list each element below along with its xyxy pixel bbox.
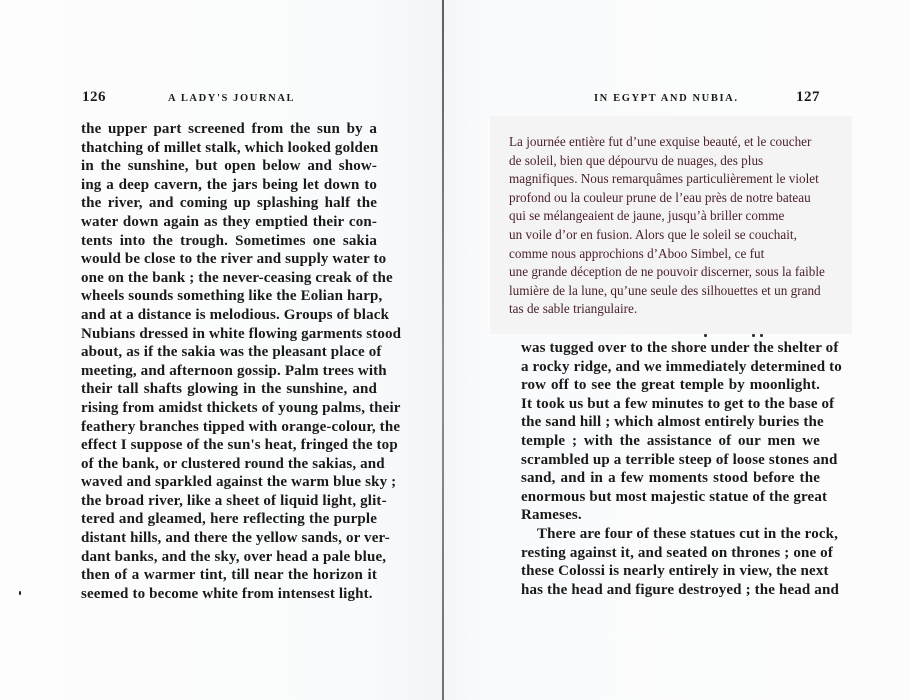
translation-line: un voile d’or en fusion. Alors que le so…	[509, 226, 842, 245]
text-line: distant hills, and there the yellow sand…	[81, 529, 377, 548]
text-line: their tall shafts glowing in the sunshin…	[81, 380, 377, 399]
text-line: water down again as they emptied their c…	[81, 213, 377, 232]
text-line: the river, and coming up splashing half …	[81, 194, 377, 213]
text-line: temple ; with the assistance of our men …	[521, 432, 820, 451]
text-line: tents into the trough. Sometimes one sak…	[81, 232, 377, 251]
text-line: wheels sounds something like the Eolian …	[81, 287, 377, 306]
text-line: feathery branches tipped with orange-col…	[81, 418, 377, 437]
text-line: has the head and figure destroyed ; the …	[521, 581, 820, 600]
text-line: the broad river, like a sheet of liquid …	[81, 492, 377, 511]
left-running-head: A LADY'S JOURNAL	[168, 93, 295, 104]
text-line: seemed to become white from intensest li…	[81, 585, 377, 604]
text-line: scrambled up a terrible steep of loose s…	[521, 451, 820, 470]
text-line: sand, and in a few moments stood before …	[521, 469, 820, 488]
text-line: of the bank, or clustered round the saki…	[81, 455, 377, 474]
right-page-paragraph-1: was tugged over to the shore under the s…	[521, 339, 820, 525]
translation-overlay: La journée entière fut d’une exquise bea…	[490, 116, 852, 334]
translation-text: La journée entière fut d’une exquise bea…	[509, 133, 842, 319]
right-page-paragraph-2: There are four of these statues cut in t…	[521, 525, 820, 599]
translation-line: comme nous approchions d’Aboo Simbel, ce…	[509, 245, 842, 264]
text-line: Rameses.	[521, 506, 820, 525]
translation-line: La journée entière fut d’une exquise bea…	[509, 133, 842, 152]
text-line: thatching of millet stalk, which looked …	[81, 139, 377, 158]
translation-line: de soleil, bien que dépourvu de nuages, …	[509, 152, 842, 171]
text-line: and at a distance is melodious. Groups o…	[81, 306, 377, 325]
text-line: dant banks, and the sky, over head a pal…	[81, 548, 377, 567]
text-line: ing a deep cavern, the jars being let do…	[81, 176, 377, 195]
text-line: rising from amidst thickets of young pal…	[81, 399, 377, 418]
text-line: waved and sparkled against the warm blue…	[81, 473, 377, 492]
translation-line: profond ou la couleur prune de l’eau prè…	[509, 189, 842, 208]
text-line: effect I suppose of the sun's heat, frin…	[81, 436, 377, 455]
obscured-text-fragment	[580, 334, 780, 338]
translation-line: lumière de la lune, qu’une seule des sil…	[509, 282, 842, 301]
text-line: meeting, and afternoon gossip. Palm tree…	[81, 362, 377, 381]
text-line: the upper part screened from the sun by …	[81, 120, 377, 139]
text-line: then of a warmer tint, till near the hor…	[81, 566, 377, 585]
right-running-head: IN EGYPT AND NUBIA.	[594, 93, 739, 104]
right-page-number: 127	[796, 89, 820, 106]
text-line: was tugged over to the shore under the s…	[521, 339, 820, 358]
text-line: enormous but most majestic statue of the…	[521, 488, 820, 507]
text-line: tered and gleamed, here reflecting the p…	[81, 510, 377, 529]
translation-line: magnifiques. Nous remarquâmes particuliè…	[509, 170, 842, 189]
text-line: would be close to the river and supply w…	[81, 250, 377, 269]
translation-line: une grande déception de ne pouvoir disce…	[509, 263, 842, 282]
text-line: the sand hill ; which almost entirely bu…	[521, 413, 820, 432]
translation-line: qui se mélangeaient de jaune, jusqu’à br…	[509, 207, 842, 226]
text-line: row off to see the great temple by moonl…	[521, 376, 820, 395]
left-page-number: 126	[82, 89, 106, 106]
text-line: There are four of these statues cut in t…	[521, 525, 820, 544]
text-line: resting against it, and seated on throne…	[521, 544, 820, 563]
left-page-body: the upper part screened from the sun by …	[81, 120, 377, 603]
translation-line: tas de sable triangulaire.	[509, 300, 842, 319]
text-line: a rocky ridge, and we immediately determ…	[521, 358, 820, 377]
text-line: Nubians dressed in white flowing garment…	[81, 325, 377, 344]
text-line: in the sunshine, but open below and show…	[81, 157, 377, 176]
text-line: about, as if the sakia was the pleasant …	[81, 343, 377, 362]
text-line: It took us but a few minutes to get to t…	[521, 395, 820, 414]
text-line: one on the bank ; the never-ceasing crea…	[81, 269, 377, 288]
text-line: these Colossi is nearly entirely in view…	[521, 562, 820, 581]
ink-speck	[19, 591, 21, 595]
